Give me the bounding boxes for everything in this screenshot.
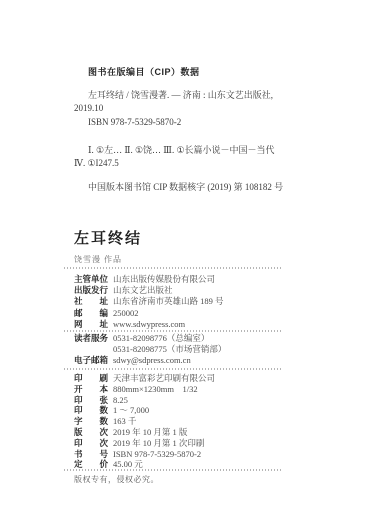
info-row-value: 880mm×1230mm 1/32 [111,384,198,395]
info-row: 印 张 8.25 [74,395,319,406]
dotted-divider [63,469,282,471]
info-row: 印 数 1 ～ 7,000 [74,405,319,416]
publisher-info-block: 主管单位 山东出版传媒股份有限公司 出版发行 山东文艺出版社 社 址 山东省济南… [74,274,319,330]
info-row-value: 0531-82098775（市场营销部） [111,344,226,355]
dotted-divider [63,330,282,332]
dotted-divider [63,267,282,269]
info-row-label: 印 刷 [74,373,111,384]
info-row: 网 址 www.sdwypress.com [74,319,319,330]
info-row-value: 2019 年 10 月第 1 版 [111,427,187,438]
info-row: 书 号 ISBN 978-7-5329-5870-2 [74,449,319,460]
info-row-label: 出版发行 [74,285,111,296]
info-row: 字 数 163 千 [74,416,319,427]
info-row: 邮 编 250002 [74,308,319,319]
printing-info-block: 印 刷 天津丰富彩艺印刷有限公司 开 本 880mm×1230mm 1/32 印… [74,373,319,470]
cip-classification-line-1: Ⅰ. ①左… Ⅱ. ①饶… Ⅲ. ①长篇小说－中国－当代 [74,144,310,157]
cip-header: 图书在版编目（CIP）数据 [74,66,310,79]
info-row-value: 163 千 [111,416,136,427]
cip-title-line: 左耳终结 / 饶雪漫著. — 济南 : 山东文艺出版社, [74,89,310,102]
info-row-label: 书 号 [74,449,111,460]
reader-service-block: 读者服务 0531-82098776（总编室） 0531-82098775（市场… [74,333,319,367]
info-row-label: 社 址 [74,296,111,307]
info-row-label: 印 次 [74,438,111,449]
info-row: 版 次 2019 年 10 月第 1 版 [74,427,319,438]
info-row-value: 山东文艺出版社 [111,285,173,296]
info-row-value: 山东出版传媒股份有限公司 [111,274,215,285]
copyright-notice: 版权专有，侵权必究。 [74,474,159,485]
cip-year-line: 2019.10 [74,102,310,115]
info-row: 电子邮箱 sdwy@sdpress.com.cn [74,355,319,366]
info-row-label: 邮 编 [74,308,111,319]
info-row-value: 2019 年 10 月第 1 次印刷 [111,438,204,449]
info-row-value: sdwy@sdpress.com.cn [111,355,191,366]
info-row-value: 天津丰富彩艺印刷有限公司 [111,373,215,384]
cip-classification-line-2: Ⅳ. ①I247.5 [74,157,310,170]
title-block: 左耳终结 饶雪漫 作品 [74,229,142,265]
info-row-label: 电子邮箱 [74,355,111,366]
dotted-divider [63,368,282,370]
info-row-label: 读者服务 [74,333,111,344]
copyright-page: 图书在版编目（CIP）数据 左耳终结 / 饶雪漫著. — 济南 : 山东文艺出版… [0,0,375,529]
info-row-value: 0531-82098776（总编室） [111,333,209,344]
info-row-label [74,344,111,355]
info-row-label: 字 数 [74,416,111,427]
info-row-value: ISBN 978-7-5329-5870-2 [111,449,201,460]
cip-block: 图书在版编目（CIP）数据 左耳终结 / 饶雪漫著. — 济南 : 山东文艺出版… [74,66,310,194]
info-row: 0531-82098775（市场营销部） [74,344,319,355]
info-row-value: 山东省济南市英雄山路 189 号 [111,296,224,307]
author-line: 饶雪漫 作品 [74,254,142,265]
info-row: 出版发行 山东文艺出版社 [74,285,319,296]
info-row-value: www.sdwypress.com [111,319,185,330]
info-row-label: 开 本 [74,384,111,395]
info-row: 印 次 2019 年 10 月第 1 次印刷 [74,438,319,449]
cip-record-number: 中国版本图书馆 CIP 数据核字 (2019) 第 108182 号 [74,181,310,194]
info-row: 印 刷 天津丰富彩艺印刷有限公司 [74,373,319,384]
info-row-label: 主管单位 [74,274,111,285]
info-row-label: 印 张 [74,395,111,406]
info-row-label: 印 数 [74,405,111,416]
info-row-value: 250002 [111,308,139,319]
info-row: 读者服务 0531-82098776（总编室） [74,333,319,344]
book-title: 左耳终结 [74,229,142,248]
info-row-value: 1 ～ 7,000 [111,405,149,416]
info-row: 社 址 山东省济南市英雄山路 189 号 [74,296,319,307]
info-row-label: 网 址 [74,319,111,330]
info-row-label: 版 次 [74,427,111,438]
cip-isbn-line: ISBN 978-7-5329-5870-2 [74,116,310,129]
info-row-value: 8.25 [111,395,128,406]
info-row: 开 本 880mm×1230mm 1/32 [74,384,319,395]
info-row: 主管单位 山东出版传媒股份有限公司 [74,274,319,285]
